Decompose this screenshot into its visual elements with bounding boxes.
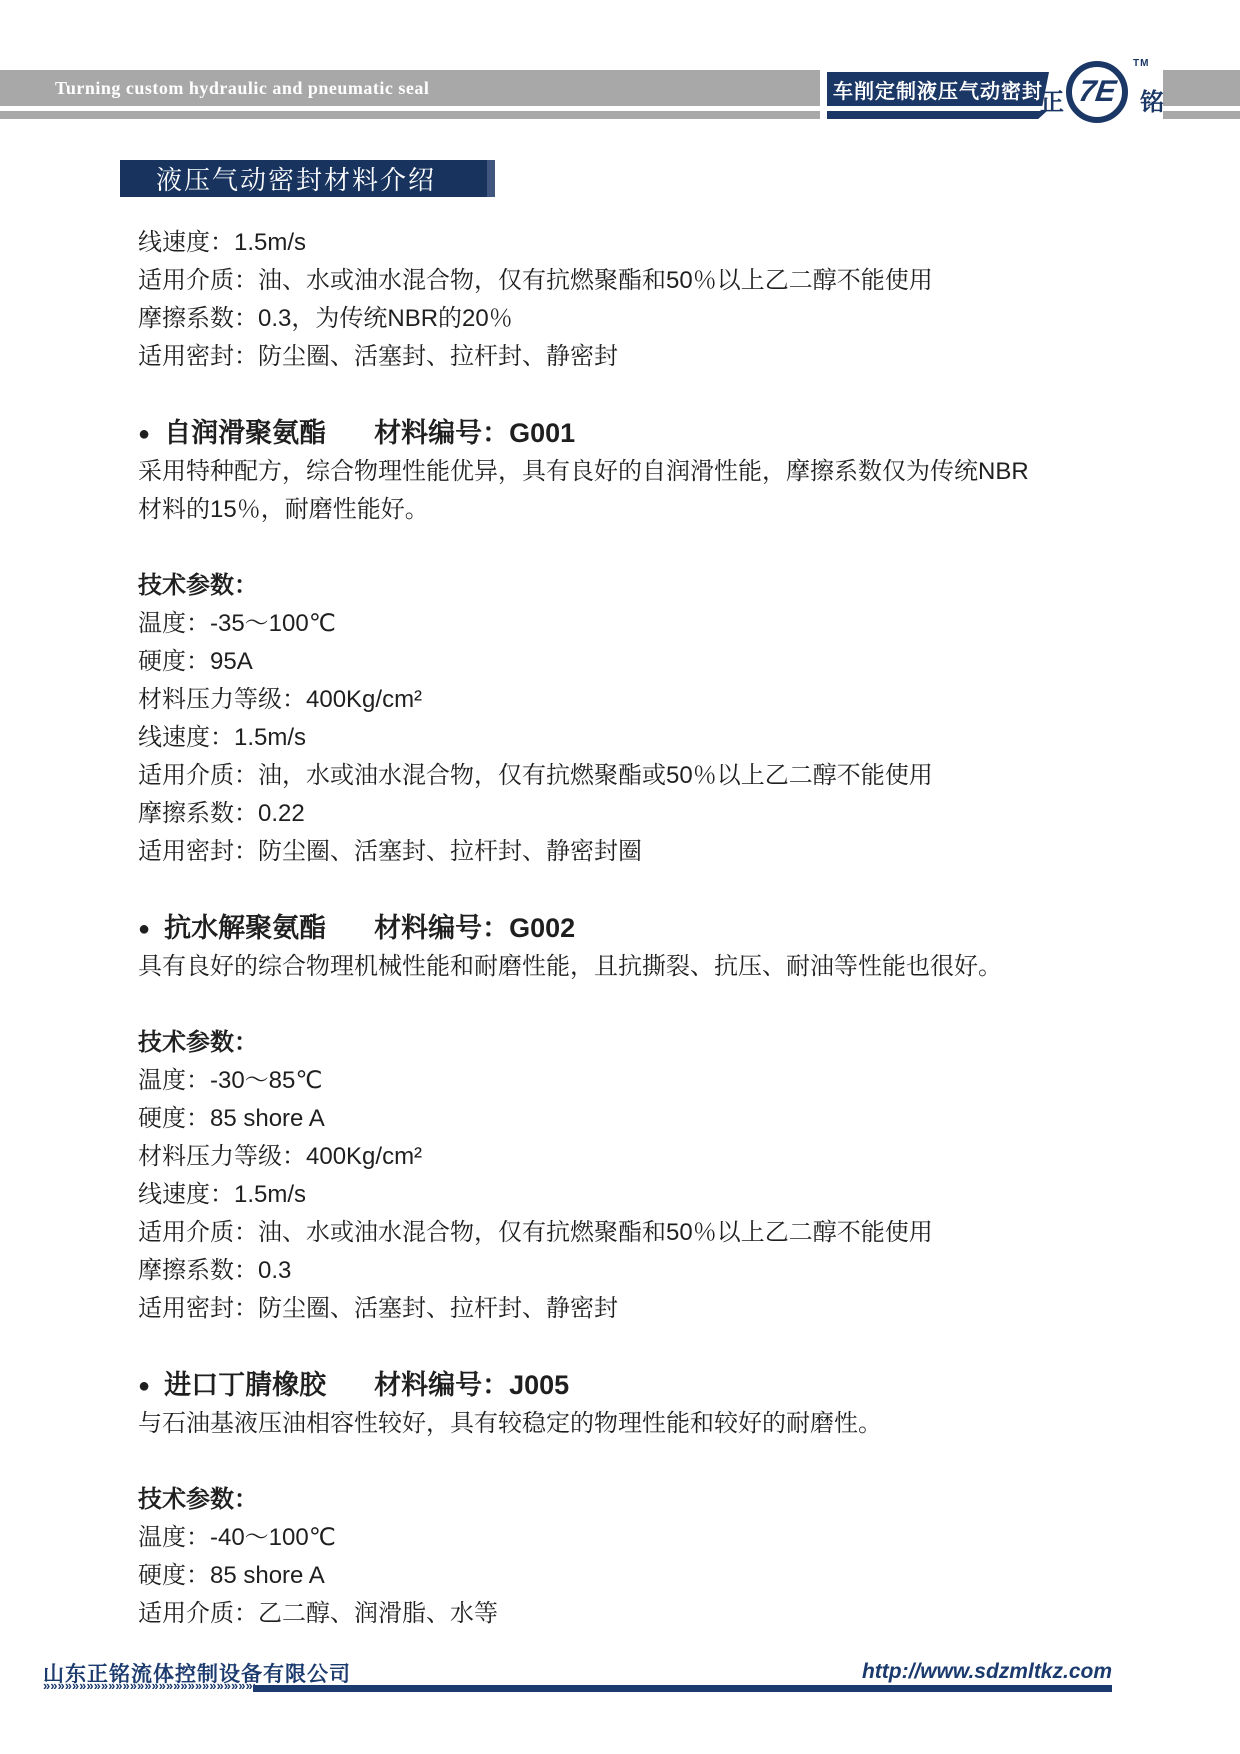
param-line: 温度：-30～85℃ [138,1062,1138,1100]
tech-params-label: 技术参数： [138,1024,1138,1062]
content-block-0: 线速度：1.5m/s适用介质：油、水或油水混合物，仅有抗燃聚酯和50％以上乙二醇… [138,224,1138,376]
param-line: 适用密封：防尘圈、活塞封、拉杆封、静密封 [138,1290,1138,1328]
trademark-label: TM [1133,58,1149,69]
content-block-5: ●进口丁腈橡胶材料编号：J005与石油基液压油相容性较好，具有较稳定的物理性能和… [138,1366,1138,1443]
footer-website-link[interactable]: http://www.sdzmltkz.com [612,1660,1112,1684]
chevron-strip-icon: »»»»»»»»»»»»»»»»»»»»»»»»»»»»»» [43,1678,255,1694]
param-line: 适用介质：乙二醇、润滑脂、水等 [138,1595,1138,1633]
param-line: 线速度：1.5m/s [138,719,1138,757]
param-line: 摩擦系数：0.22 [138,795,1138,833]
param-line: 线速度：1.5m/s [138,1176,1138,1214]
bullet-icon: ● [138,918,150,940]
param-line: 适用介质：油、水或油水混合物，仅有抗燃聚酯和50％以上乙二醇不能使用 [138,1214,1138,1252]
param-line: 硬度：95A [138,643,1138,681]
content-block-6: 技术参数：温度：-40～100℃硬度：85 shore A适用介质：乙二醇、润滑… [138,1481,1138,1633]
tech-params-label: 技术参数： [138,1481,1138,1519]
brand-logo: 正 7E 铭 TM [1040,58,1165,128]
content-block-3: ●抗水解聚氨酯材料编号：G002具有良好的综合物理机械性能和耐磨性能，且抗撕裂、… [138,909,1138,986]
content-block-1: ●自润滑聚氨酯材料编号：G001采用特种配方，综合物理性能优异，具有良好的自润滑… [138,414,1138,529]
param-line: 适用密封：防尘圈、活塞封、拉杆封、静密封 [138,338,1138,376]
material-description-line: 具有良好的综合物理机械性能和耐磨性能，且抗撕裂、抗压、耐油等性能也很好。 [138,948,1138,986]
param-line: 温度：-35～100℃ [138,605,1138,643]
param-line: 材料压力等级：400Kg/cm² [138,1138,1138,1176]
brand-logo-icon: 7E [1066,61,1128,123]
material-code: 材料编号：G001 [374,418,575,448]
material-code: 材料编号：J005 [374,1370,569,1400]
material-description-line: 采用特种配方，综合物理性能优异，具有良好的自润滑性能，摩擦系数仅为传统NBR [138,453,1138,491]
header-gray-strip-left [0,111,820,119]
header-en-title: Turning custom hydraulic and pneumatic s… [55,70,429,106]
param-line: 硬度：85 shore A [138,1100,1138,1138]
param-line: 硬度：85 shore A [138,1557,1138,1595]
content: 线速度：1.5m/s适用介质：油、水或油水混合物，仅有抗燃聚酯和50％以上乙二醇… [138,224,1138,1633]
header-cn-banner: 车削定制液压气动密封 [827,72,1049,106]
param-line: 摩擦系数：0.3，为传统NBR的20％ [138,300,1138,338]
content-block-2: 技术参数：温度：-35～100℃硬度：95A材料压力等级：400Kg/cm²线速… [138,567,1138,871]
param-line: 材料压力等级：400Kg/cm² [138,681,1138,719]
header-navy-strip [827,111,1047,119]
param-line: 线速度：1.5m/s [138,224,1138,262]
header-gray-strip-right [1163,111,1240,119]
material-name: 进口丁腈橡胶 [164,1370,326,1400]
brand-logo-left-char: 正 [1040,82,1064,117]
bullet-icon: ● [138,423,150,445]
page: Turning custom hydraulic and pneumatic s… [0,0,1240,1754]
param-line: 温度：-40～100℃ [138,1519,1138,1557]
material-name: 自润滑聚氨酯 [164,418,326,448]
material-name: 抗水解聚氨酯 [164,913,326,943]
page-title-label: 液压气动密封材料介绍 [120,160,436,197]
material-code: 材料编号：G002 [374,913,575,943]
material-description-line: 与石油基液压油相容性较好，具有较稳定的物理性能和较好的耐磨性。 [138,1405,1138,1443]
section-heading: ●自润滑聚氨酯材料编号：G001 [138,414,1138,453]
param-line: 适用介质：油、水或油水混合物，仅有抗燃聚酯和50％以上乙二醇不能使用 [138,262,1138,300]
header-gray-band-right [1163,70,1240,106]
section-heading: ●抗水解聚氨酯材料编号：G002 [138,909,1138,948]
section-heading: ●进口丁腈橡胶材料编号：J005 [138,1366,1138,1405]
param-line: 适用密封：防尘圈、活塞封、拉杆封、静密封圈 [138,833,1138,871]
param-line: 适用介质：油，水或油水混合物，仅有抗燃聚酯或50％以上乙二醇不能使用 [138,757,1138,795]
material-description-line: 材料的15％，耐磨性能好。 [138,491,1138,529]
brand-logo-right-char: 铭 [1140,82,1164,117]
tech-params-label: 技术参数： [138,567,1138,605]
header-cn-banner-label: 车削定制液压气动密封 [833,75,1043,104]
content-block-4: 技术参数：温度：-30～85℃硬度：85 shore A材料压力等级：400Kg… [138,1024,1138,1328]
param-line: 摩擦系数：0.3 [138,1252,1138,1290]
bullet-icon: ● [138,1375,150,1397]
brand-logo-mark: 7E [1077,77,1118,107]
page-title: 液压气动密封材料介绍 [120,160,495,197]
footer-divider [253,1685,1112,1692]
